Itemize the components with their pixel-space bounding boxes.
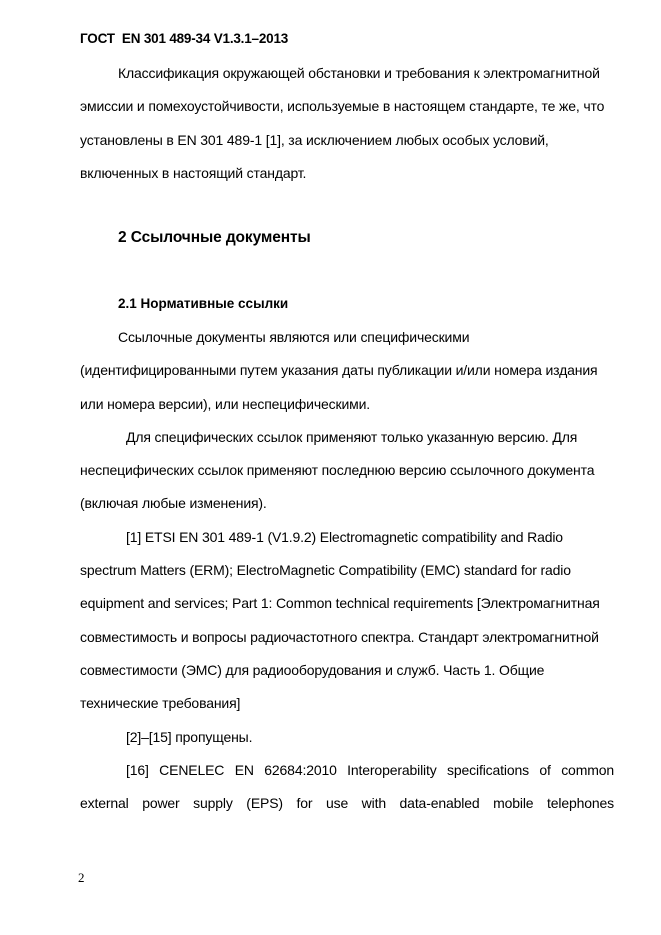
subsection-heading: 2.1 Нормативные ссылки [118,296,288,311]
reference-item: [16] CENELEC EN 62684:2010 Interoperabil… [80,754,614,821]
paragraph-reference-versions: Для специфических ссылок применяют тольк… [80,421,614,521]
intro-block: Классификация окружающей обстановки и тр… [80,57,614,190]
normative-references-body: Ссылочные документы являются или специфи… [80,321,614,820]
page-number: 2 [78,870,85,886]
intro-paragraph: Классификация окружающей обстановки и тр… [80,57,614,190]
reference-item: [2]–[15] пропущены. [80,721,614,754]
document-header: ГОСТ EN 301 489-34 V1.3.1–2013 [80,31,288,46]
section-heading: 2 Ссылочные документы [118,229,311,247]
paragraph-reference-types: Ссылочные документы являются или специфи… [80,321,614,421]
reference-item: [1] ETSI EN 301 489-1 (V1.9.2) Electroma… [80,521,614,721]
